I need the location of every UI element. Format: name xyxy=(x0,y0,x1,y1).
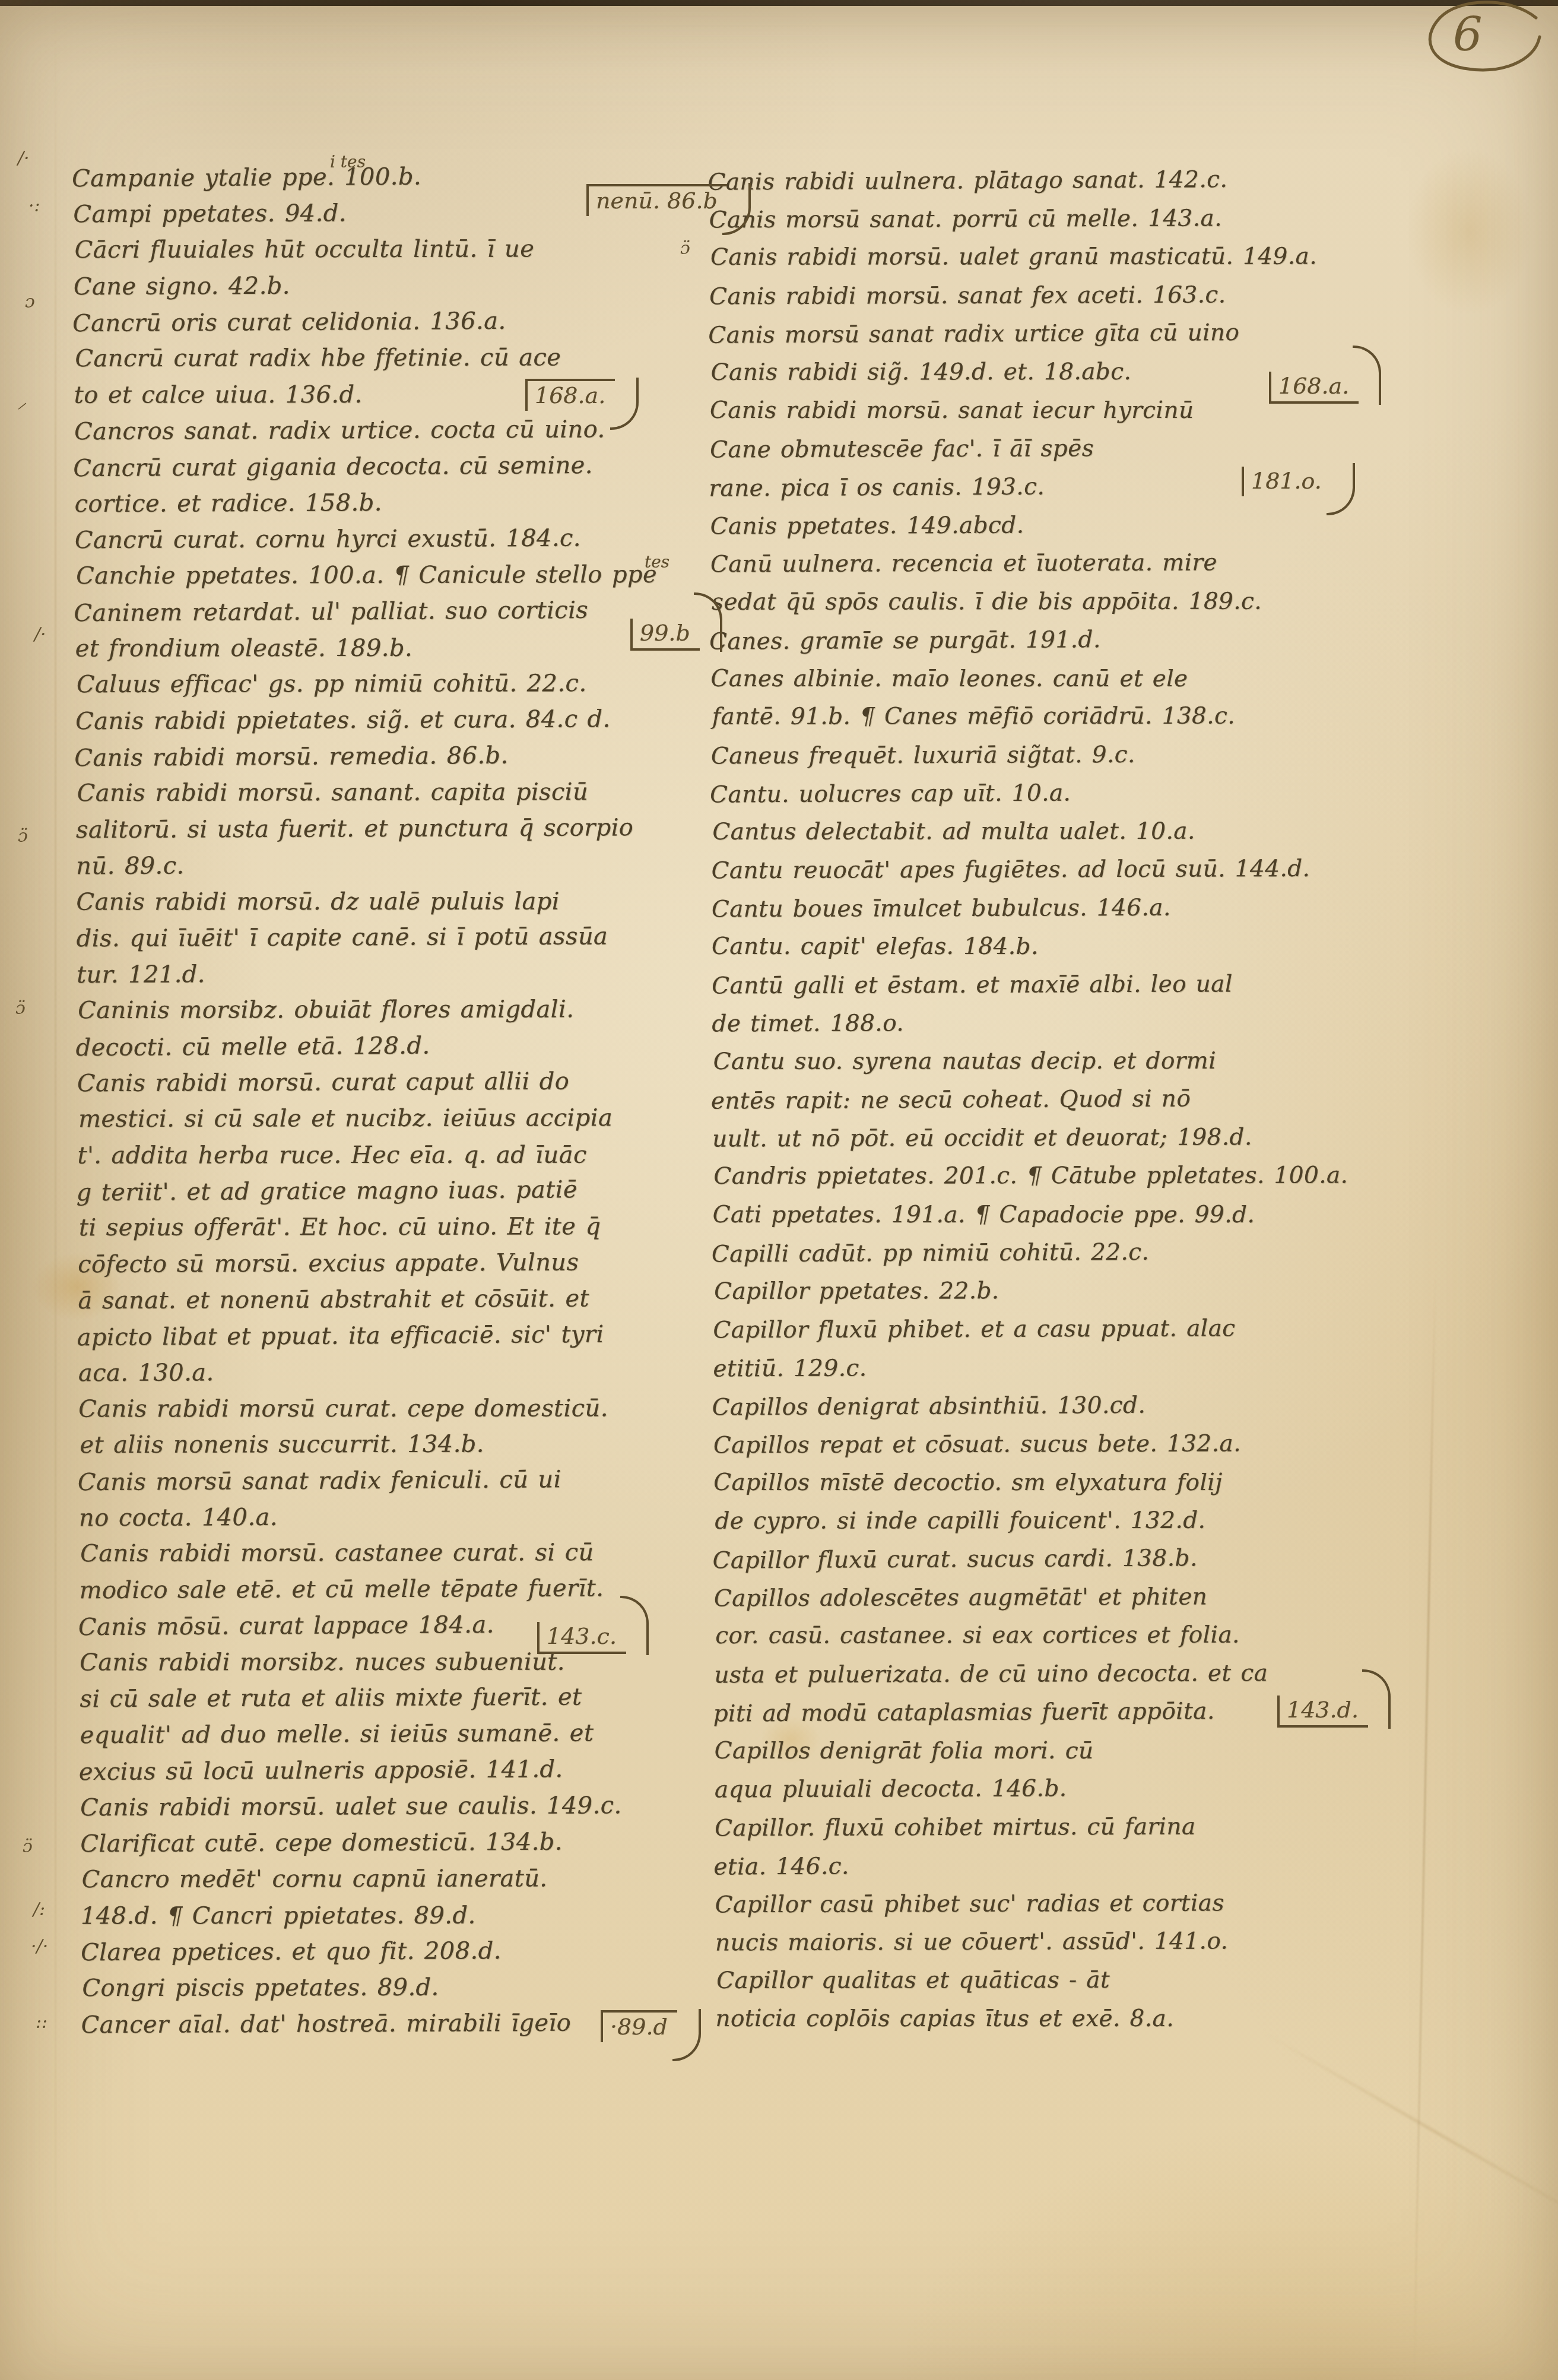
manuscript-line: excius sū locū uulneris apposiē. 141.d. xyxy=(79,1751,708,1790)
manuscript-line: Cancros sanat. radix urtice. cocta cū ui… xyxy=(74,411,703,451)
manuscript-line: Canis rabidi morsū. sanant. capita pisci… xyxy=(77,774,706,812)
manuscript-line: Canchie ppetates. 100.a. ¶ Canicule stel… xyxy=(76,557,705,594)
manuscript-line: salitorū. si usta fuerit. et punctura q̄… xyxy=(76,810,705,849)
manuscript-line: de cypro. si inde capilli fouicent'. 132… xyxy=(715,1501,1534,1541)
manuscript-page: 6 Campanie ytalie ppe. 100.b.Campi ppeta… xyxy=(0,0,1558,2380)
manuscript-line: Cancro medēt' cornu capnū ianeratū. xyxy=(82,1861,711,1898)
right-text-column: Canis rabidi uulnera. plātago sanat. 142… xyxy=(709,160,1534,2039)
manuscript-line: Canes albinie. maīo leones. canū et ele xyxy=(711,660,1530,698)
margin-mark: :: xyxy=(36,2014,47,2032)
manuscript-line: aca. 130.a. xyxy=(78,1353,707,1392)
interlinear-note: tes xyxy=(645,552,669,572)
interlinear-note: i tes xyxy=(330,152,366,172)
manuscript-line: Canis rabidi uulnera. plātago sanat. 142… xyxy=(707,159,1527,202)
manuscript-line: no cocta. 140.a. xyxy=(79,1498,708,1537)
manuscript-line: apicto libat et ppuat. ita efficaciē. si… xyxy=(77,1316,706,1356)
manuscript-line: g teriit'. et ad gratice magno iuas. pat… xyxy=(76,1171,705,1211)
manuscript-line: Clarificat cutē. cepe domesticū. 134.b. xyxy=(80,1824,709,1863)
manuscript-line: Canis rabidi morsū. ualet granū masticat… xyxy=(710,237,1530,277)
manuscript-line: noticia coplōis capias ītus et exē. 8.a. xyxy=(715,2000,1534,2039)
manuscript-line: Capillor ppetates. 22.b. xyxy=(714,1272,1533,1311)
manuscript-line: de timet. 188.o. xyxy=(712,1003,1531,1044)
manuscript-line: uult. ut nō pōt. eū occidit et deuorat; … xyxy=(712,1117,1531,1158)
manuscript-line: Canis rabidi morsū. dz ualē puluis lapi xyxy=(77,883,706,920)
margin-reference-bracket: 168.a. xyxy=(1269,372,1359,404)
manuscript-line: Canis rabidi ppietates. sig̃. et cura. 8… xyxy=(75,701,705,740)
manuscript-line: Caneus frequēt. luxuriā sig̃tat. 9.c. xyxy=(711,734,1530,775)
manuscript-line: ti sepius offerāt'. Et hoc. cū uino. Et … xyxy=(79,1209,708,1246)
manuscript-line: Canis rabidi morsū curat. cepe domesticū… xyxy=(78,1390,707,1427)
margin-mark: ∕· xyxy=(34,626,46,644)
manuscript-line: rane. pica ī os canis. 193.c. xyxy=(709,465,1528,508)
manuscript-line: Cantu boues īmulcet bubulcus. 146.a. xyxy=(712,888,1531,928)
margin-mark: ·∕· xyxy=(31,1938,48,1956)
margin-mark: ɔ̈ xyxy=(680,240,690,258)
manuscript-line: Cancrū curat gigania decocta. cū semine. xyxy=(73,447,702,487)
manuscript-line: Cane obmutescēe fac'. ī āī spēs xyxy=(710,428,1529,469)
left-text-column: Campanie ytalie ppe. 100.b.Campi ppetate… xyxy=(73,158,710,2044)
manuscript-line: mestici. si cū sale et nucibz. ieiūus ac… xyxy=(78,1100,707,1137)
manuscript-line: sedat q̄ū spōs caulis. ī die bis appōita… xyxy=(712,582,1531,622)
manuscript-line: Cantus delectabit. ad multa ualet. 10.a. xyxy=(712,812,1531,851)
manuscript-line: ā sanat. et nonenū abstrahit et cōsūit. … xyxy=(78,1281,707,1320)
manuscript-line: si cū sale et ruta et aliis mixte fuerīt… xyxy=(80,1679,709,1718)
manuscript-line: Capillos denigrāt folia mori. cū xyxy=(715,1732,1534,1770)
manuscript-line: Congri piscis ppetates. 89.d. xyxy=(82,1969,711,2007)
manuscript-line: nucis maioris. si ue cōuert'. assūd'. 14… xyxy=(715,1922,1534,1963)
manuscript-line: Capillor fluxū phibet. et a casu ppuat. … xyxy=(713,1309,1532,1350)
margin-reference-bracket: 143.c. xyxy=(537,1622,626,1654)
manuscript-line: Canis rabidi morsū. curat caput allii do xyxy=(77,1063,706,1102)
margin-mark: ·: xyxy=(28,197,40,215)
margin-mark: ɔ̈ xyxy=(15,1000,26,1018)
manuscript-line: Cantu. uolucres cap uīt. 10.a. xyxy=(710,772,1529,815)
page-top-edge xyxy=(0,0,1558,6)
manuscript-line: Cantū galli et ēstam. et maxīē albi. leo… xyxy=(712,964,1531,1005)
manuscript-line: Capilli cadūt. pp nimiū cohitū. 22.c. xyxy=(712,1231,1531,1274)
folio-number: 6 xyxy=(1453,8,1483,62)
manuscript-line: Canis rabidi morsū. sanat fex aceti. 163… xyxy=(709,275,1528,316)
manuscript-line: cor. casū. castanee. si eax cortices et … xyxy=(715,1616,1534,1655)
manuscript-line: cortice. et radice. 158.b. xyxy=(74,484,703,523)
manuscript-line: Canis rabidi sig̃. 149.d. et. 18.abc. xyxy=(711,353,1530,392)
manuscript-line: Capillor. fluxū cohibet mirtus. cū farin… xyxy=(715,1807,1534,1847)
manuscript-line: Canis rabidi morsū. ualet sue caulis. 14… xyxy=(80,1788,709,1827)
manuscript-line: Capillos mīstē decoctio. sm elyxatura fo… xyxy=(713,1464,1532,1503)
manuscript-line: Canis morsū sanat radix urtice gīta cū u… xyxy=(708,312,1527,355)
left-crease xyxy=(55,0,56,2380)
margin-reference-bracket: 143.d. xyxy=(1277,1696,1368,1728)
manuscript-line: Canis morsū sanat. porrū cū melle. 143.a… xyxy=(709,198,1528,239)
manuscript-line: Candris ppietates. 201.c. ¶ Cātube pplet… xyxy=(713,1156,1532,1196)
margin-reference-bracket: 181.o. xyxy=(1242,467,1331,496)
manuscript-line: Capillor qualitas et quāticas - āt xyxy=(716,1961,1535,2000)
margin-reference-bracket: ·89.d xyxy=(601,2010,677,2042)
manuscript-line: entēs rapit: ne secū coheat. Quod si nō xyxy=(711,1078,1530,1121)
manuscript-line: Canū uulnera. recencia et īuoterata. mir… xyxy=(710,543,1530,584)
manuscript-line: usta et puluerizata. de cū uino decocta.… xyxy=(714,1653,1533,1694)
margin-mark: ɔ̈ xyxy=(23,1838,33,1856)
manuscript-line: decocti. cū melle etā. 128.d. xyxy=(75,1026,705,1066)
manuscript-line: Canis ppetates. 149.abcd. xyxy=(710,505,1530,546)
manuscript-line: aqua pluuiali decocta. 146.b. xyxy=(715,1769,1534,1809)
manuscript-line: Cane signo. 42.b. xyxy=(74,267,703,306)
manuscript-line: Caluus efficac' gs. pp nimiū cohitū. 22.… xyxy=(77,665,706,703)
manuscript-line: etitiū. 129.c. xyxy=(713,1347,1532,1388)
manuscript-line: Cancrū oris curat celidonia. 136.a. xyxy=(72,302,702,342)
manuscript-line: et aliis nonenis succurrit. 134.b. xyxy=(80,1426,709,1463)
manuscript-line: t'. addita herba ruce. Hec eīa. q. ad īu… xyxy=(77,1137,706,1174)
manuscript-line: et frondium oleastē. 189.b. xyxy=(75,630,705,667)
bottom-right-fold xyxy=(1261,2030,1558,2234)
margin-mark: ∕: xyxy=(33,1901,45,1919)
manuscript-line: Cancrū curat. cornu hyrci exustū. 184.c. xyxy=(75,520,704,559)
manuscript-line: 148.d. ¶ Cancri ppietates. 89.d. xyxy=(81,1897,710,1934)
manuscript-line: Canis rabidi morsū. remedia. 86.b. xyxy=(74,737,703,777)
manuscript-line: Capillor casū phibet suc' radias et cort… xyxy=(715,1883,1534,1924)
manuscript-line: Caninis morsibz. obuiāt flores amigdali. xyxy=(78,991,707,1029)
manuscript-line: piti ad modū cataplasmias fuerīt appōita… xyxy=(713,1691,1532,1733)
margin-reference-bracket: nenū. 86.b xyxy=(586,184,727,216)
manuscript-line: fantē. 91.b. ¶ Canes mēfiō coriādrū. 138… xyxy=(712,697,1531,736)
manuscript-line: Canes. gramīe se purgāt. 191.d. xyxy=(709,619,1528,661)
manuscript-line: cōfecto sū morsū. excius appate. Vulnus xyxy=(78,1244,707,1284)
margin-mark: ɔ xyxy=(25,293,35,311)
manuscript-line: Clarea ppetices. et quo fit. 208.d. xyxy=(81,1932,710,1972)
manuscript-line: nū. 89.c. xyxy=(76,846,705,885)
manuscript-line: modico sale etē. et cū melle tēpate fuer… xyxy=(79,1570,708,1609)
folio-number-circle: 6 xyxy=(1389,0,1555,101)
manuscript-line: etia. 146.c. xyxy=(713,1844,1532,1887)
manuscript-line: Cati ppetates. 191.a. ¶ Capadocie ppe. 9… xyxy=(713,1196,1532,1234)
manuscript-line: Cancrū curat radix hbe ffetinie. cū ace xyxy=(75,340,704,377)
manuscript-line: Capillor fluxū curat. sucus cardi. 138.b… xyxy=(713,1538,1532,1580)
manuscript-line: Capillos denigrat absinthiū. 130.cd. xyxy=(712,1384,1531,1427)
margin-mark: ⸍ xyxy=(15,401,24,419)
margin-mark: ɔ̈ xyxy=(18,828,28,845)
margin-reference-bracket: 99.b xyxy=(630,619,700,651)
manuscript-line: Capillos adolescētes augmētāt' et phiten xyxy=(714,1577,1533,1618)
manuscript-line: Cācri fluuiales hūt occulta lintū. ī ue xyxy=(75,231,704,268)
manuscript-line: equalit' ad duo melle. si ieiūs sumanē. … xyxy=(80,1715,709,1754)
manuscript-line: Canis rabidi morsū. sanat iecur hyrcinū xyxy=(710,392,1529,430)
manuscript-line: Canis rabidi morsū. castanee curat. si c… xyxy=(80,1535,709,1572)
manuscript-line: Cantu suo. syrena nautas decip. et dormi xyxy=(713,1042,1532,1081)
manuscript-line: Canis morsū sanat radix feniculi. cū ui xyxy=(78,1461,707,1501)
margin-reference-bracket: 168.a. xyxy=(525,379,615,411)
manuscript-line: Cantu reuocāt' apes fugiētes. ad locū su… xyxy=(712,850,1531,890)
manuscript-line: Caninem retardat. ul' palliat. suo corti… xyxy=(74,592,703,632)
manuscript-line: Cantu. capit' elefas. 184.b. xyxy=(712,928,1531,966)
manuscript-line: Capillos repat et cōsuat. sucus bete. 13… xyxy=(713,1424,1532,1465)
manuscript-line: tur. 121.d. xyxy=(77,955,706,994)
margin-mark: ∕· xyxy=(18,150,30,167)
manuscript-line: dis. qui īuēit' ī capite canē. si ī potū… xyxy=(77,918,706,958)
